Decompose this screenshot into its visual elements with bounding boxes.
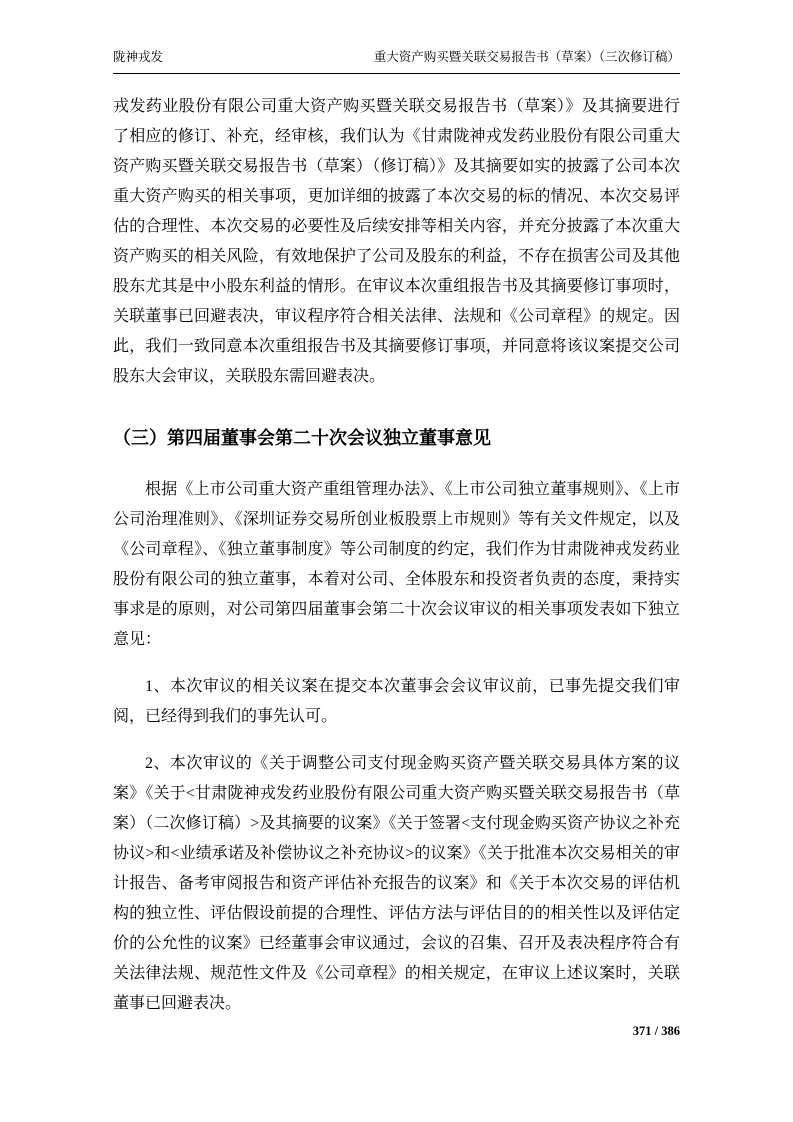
- page-body: 戎发药业股份有限公司重大资产购买暨关联交易报告书（草案）》及其摘要进行了相应的修…: [113, 92, 680, 1036]
- page-number: 371 / 386: [633, 1024, 680, 1038]
- header-company-name: 陇神戎发: [113, 48, 163, 66]
- page-header: 陇神戎发 重大资产购买暨关联交易报告书（草案）（三次修订稿）: [113, 48, 680, 74]
- page-footer: 371 / 386: [113, 1022, 680, 1040]
- paragraph-basis: 根据《上市公司重大资产重组管理办法》、《上市公司独立董事规则》、《上市公司治理准…: [113, 475, 680, 655]
- document-page: 陇神戎发 重大资产购买暨关联交易报告书（草案）（三次修订稿） 戎发药业股份有限公…: [0, 0, 793, 1122]
- header-document-title: 重大资产购买暨关联交易报告书（草案）（三次修订稿）: [374, 48, 680, 66]
- section-heading: （三）第四届董事会第二十次会议独立董事意见: [113, 425, 680, 451]
- paragraph-opinion-2: 2、本次审议的《关于调整公司支付现金购买资产暨关联交易具体方案的议案》《关于<甘…: [113, 749, 680, 1019]
- paragraph-continuation: 戎发药业股份有限公司重大资产购买暨关联交易报告书（草案）》及其摘要进行了相应的修…: [113, 92, 680, 392]
- paragraph-opinion-1: 1、本次审议的相关议案在提交本次董事会会议审议前，已事先提交我们审阅，已经得到我…: [113, 672, 680, 732]
